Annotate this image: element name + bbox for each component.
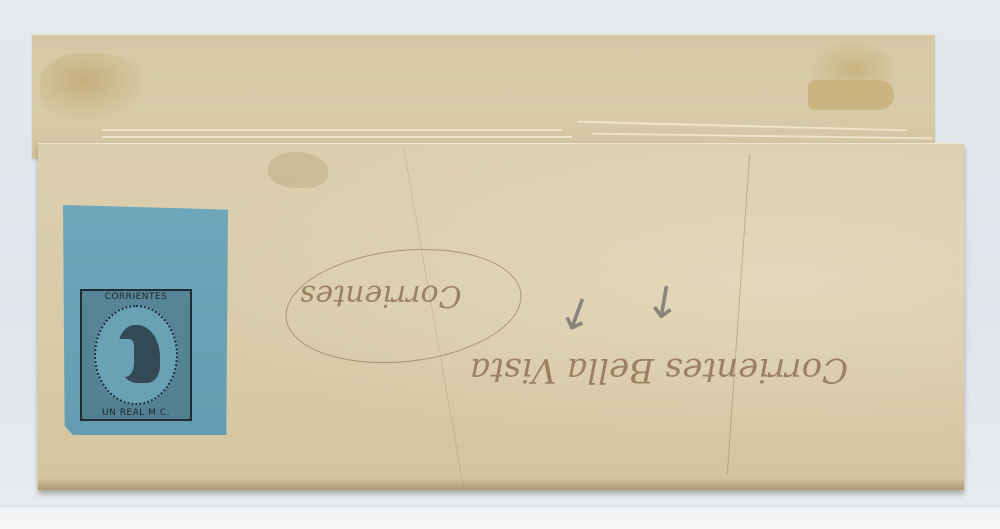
stain xyxy=(40,53,150,123)
stamp-top-text: CORRIENTES xyxy=(82,292,190,302)
stamp-value-text: UN REAL M.C. xyxy=(82,408,190,418)
fold-edge xyxy=(577,121,907,132)
ceres-face xyxy=(110,339,134,377)
fold-edge xyxy=(102,129,562,131)
handwriting-line-2: Corrientes Bella Vista xyxy=(470,350,848,390)
stamp-oval-frame xyxy=(94,305,178,405)
wax-seal-remnant xyxy=(808,80,894,110)
corrientes-stamp: CORRIENTES UN REAL M.C. xyxy=(80,289,192,421)
plastic-sleeve-edge xyxy=(0,506,1000,529)
fold-edge xyxy=(102,136,572,138)
fold-edge xyxy=(592,133,932,140)
paper-tear xyxy=(268,152,328,188)
letter-back-fold xyxy=(32,34,935,159)
paper-crease xyxy=(727,154,750,473)
letter-bottom-edge xyxy=(38,478,964,490)
handwriting-line-1: Corrientes xyxy=(300,278,462,313)
